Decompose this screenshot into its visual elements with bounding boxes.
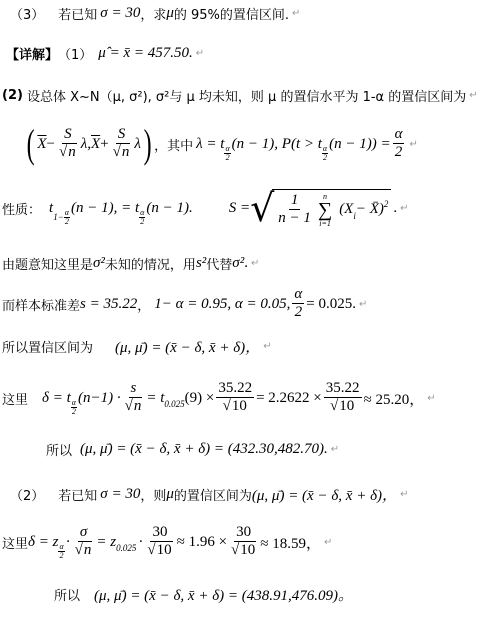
- summation: n∑i=1: [318, 192, 332, 228]
- alpha-values: 1− α = 0.95, α = 0.05,: [154, 296, 290, 313]
- part-text: 设总体 X~N（μ, σ²), σ²与 μ 均未知，则 μ 的置信水平为 1-α…: [27, 86, 466, 105]
- delta-def: δ = z: [28, 534, 58, 551]
- sqrt-n: n: [121, 143, 131, 160]
- delta-value: ≈ 18.59，: [260, 532, 321, 553]
- t-value: = 2.2622 ×: [256, 390, 322, 407]
- sum-bottom: i=1: [319, 219, 331, 228]
- subscript: 0.025: [164, 399, 184, 409]
- sigma-squared: σ²: [232, 255, 244, 272]
- xbar: X: [37, 136, 46, 153]
- alpha-half-subscript: α2: [58, 543, 64, 560]
- return-mark-icon: ↵: [359, 299, 367, 310]
- two: 2: [226, 154, 230, 162]
- return-mark-icon: ↵: [427, 393, 435, 404]
- sqrt-n: n: [83, 541, 93, 558]
- dot: ·: [66, 534, 71, 551]
- question-label: （3）: [10, 4, 44, 23]
- return-mark-icon: ↵: [469, 90, 477, 101]
- sqrt-n: n: [133, 397, 143, 414]
- n-minus-1: (n − 1)) =: [329, 136, 390, 153]
- xbar: X: [91, 136, 100, 153]
- summand: (X: [339, 201, 353, 218]
- numerator: 30: [234, 525, 253, 542]
- interval-expression: (μ, μ̄) = (x̄ − δ, x̄ + δ)，: [115, 336, 260, 357]
- interval-result: (μ, μ̄) = (x̄ − δ, x̄ + δ) = (438.91,476…: [94, 584, 353, 605]
- part-label: (2): [2, 88, 23, 103]
- numerator: S: [116, 127, 128, 144]
- df: (9) ×: [185, 390, 215, 407]
- sqrt-10: 10: [156, 541, 173, 558]
- sqrt-10: 10: [231, 397, 248, 414]
- sqrt-10: 10: [338, 397, 355, 414]
- z-value: ≈ 1.96 ×: [177, 534, 227, 551]
- fraction: S √n: [57, 127, 79, 160]
- interval-expression: (μ, μ̄) = (x̄ − δ, x̄ + δ)，: [252, 484, 397, 505]
- n-minus-1: (n − 1), P(t > t: [232, 136, 322, 153]
- property-line: 性质： t 1− α2 (n − 1), = t α2 (n − 1). S =…: [2, 186, 409, 230]
- note-text: 代替: [206, 254, 232, 273]
- numerator: 35.22: [324, 381, 362, 398]
- sigma: σ: [78, 525, 89, 542]
- interval-intro: 所以置信区间为 (μ, μ̄) = (x̄ − δ, x̄ + δ)， ↵: [2, 336, 272, 357]
- here-label: 这里: [2, 533, 28, 552]
- paren: (: [27, 124, 35, 164]
- n-part: (n − 1), = t: [71, 200, 139, 217]
- part-text: 的置信区间为: [174, 485, 252, 504]
- alpha-over-2: α2: [292, 287, 304, 320]
- intro-text: 所以置信区间为: [2, 337, 93, 356]
- numerator: 35.22: [216, 381, 254, 398]
- part-2-statement: (2) 设总体 X~N（μ, σ²), σ²与 μ 均未知，则 μ 的置信水平为…: [2, 86, 478, 105]
- interval-formula: ( X − S √n λ , X + S √n λ ) ，其中 λ = t α2…: [24, 122, 418, 166]
- sigma-icon: ∑: [318, 201, 332, 219]
- paren: ): [143, 124, 151, 164]
- t-quantile: = t: [146, 390, 164, 407]
- part-label: （2）: [10, 485, 44, 504]
- alpha: α: [292, 287, 304, 304]
- two: 2: [60, 552, 64, 560]
- note-text: 未知的情况，用: [105, 254, 196, 273]
- two: 2: [323, 154, 327, 162]
- fraction: σ√n: [73, 525, 95, 558]
- z-quantile: = z: [96, 534, 116, 551]
- sample-text: 而样本标准差: [2, 295, 80, 314]
- n-part: (n−1) ·: [78, 390, 121, 407]
- answer-label: 【详解】: [6, 44, 58, 63]
- question-text: 若已知: [58, 4, 97, 23]
- fraction: 30√10: [229, 525, 258, 558]
- alpha-over-2: α2: [393, 127, 405, 160]
- s-squared: s²: [196, 255, 206, 272]
- minus: −: [47, 136, 55, 153]
- answer-header: 【详解】 （1） μ̂ = x̄ = 457.50. ↵: [6, 44, 204, 63]
- here-label: 这里: [2, 389, 28, 408]
- return-mark-icon: ↵: [400, 489, 408, 500]
- question-3: （3） 若已知 σ = 30 ，求 μ 的 95%的置信区间. ↵: [10, 4, 300, 23]
- return-mark-icon: ↵: [331, 444, 339, 455]
- where-label: ，其中: [154, 135, 193, 154]
- mu-symbol: μ: [166, 486, 174, 503]
- sigma-value: σ = 30: [100, 5, 140, 22]
- question-text: 的 95%的置信区间.: [174, 4, 289, 23]
- part-2b-statement: （2） 若已知 σ = 30 ，则 μ 的置信区间为 (μ, μ̄) = (x̄…: [10, 484, 408, 505]
- lambda-def: λ = t: [196, 136, 224, 153]
- alpha: α: [393, 127, 405, 144]
- subscript-i: i: [353, 211, 356, 221]
- exponent: 2: [384, 199, 389, 209]
- alpha-half-subscript: α2: [322, 145, 328, 162]
- so-label: 所以: [46, 440, 72, 459]
- denominator: √n: [111, 144, 133, 161]
- s: s: [129, 381, 139, 398]
- plus: +: [100, 136, 108, 153]
- fraction: 35.22√10: [324, 381, 362, 414]
- two: 2: [65, 218, 69, 226]
- return-mark-icon: ↵: [324, 537, 332, 548]
- n-minus-1: n − 1: [276, 210, 313, 227]
- lambda: λ: [134, 136, 141, 153]
- sqrt-10: 10: [239, 541, 256, 558]
- separator: ，: [137, 295, 150, 314]
- alpha-half-subscript: α2: [139, 209, 145, 226]
- mean-estimate: μ̂ = x̄ = 457.50.: [98, 45, 192, 62]
- alpha-half-subscript: α2: [224, 145, 230, 162]
- return-mark-icon: ↵: [196, 48, 204, 59]
- one: 1: [289, 193, 301, 210]
- s-definition: S =: [229, 200, 250, 217]
- return-mark-icon: ↵: [251, 258, 259, 269]
- n-part: (n − 1).: [146, 200, 192, 217]
- return-mark-icon: ↵: [400, 203, 408, 214]
- sigma-value: σ = 30: [100, 486, 140, 503]
- return-mark-icon: ↵: [263, 341, 271, 352]
- sigma-squared: σ²: [93, 255, 105, 272]
- two: 2: [293, 304, 305, 321]
- two: 2: [140, 218, 144, 226]
- denominator: √n: [57, 144, 79, 161]
- radicand: 1n − 1 n∑i=1 (X i − X̄) 2: [272, 189, 391, 228]
- two: 2: [72, 408, 76, 416]
- result-z-line: 所以 (μ, μ̄) = (x̄ − δ, x̄ + δ) = (438.91,…: [54, 584, 353, 605]
- return-mark-icon: ↵: [292, 8, 300, 19]
- delta-t-line: 这里 δ = t α2 (n−1) · s√n = t 0.025 (9) × …: [2, 376, 436, 420]
- alpha-half-subscript: α2: [64, 209, 70, 226]
- fraction: s√n: [123, 381, 145, 414]
- part-text: ，则: [140, 485, 166, 504]
- question-text: ，求: [140, 4, 166, 23]
- alpha-half-subscript: α2: [71, 399, 77, 416]
- fraction: 1n − 1: [276, 193, 313, 226]
- subscript: 0.025: [116, 543, 136, 553]
- fraction: 35.22√10: [216, 381, 254, 414]
- two: 2: [393, 144, 405, 161]
- sample-line: 而样本标准差 s = 35.22 ， 1− α = 0.95, α = 0.05…: [2, 286, 367, 322]
- alpha-half-value: = 0.025.: [306, 296, 356, 313]
- so-label: 所以: [54, 585, 80, 604]
- delta-z-line: 这里 δ = z α2 · σ√n = z 0.025 · 30√10 ≈ 1.…: [2, 520, 332, 564]
- period: .: [393, 200, 397, 217]
- result-t-line: 所以 (μ, μ̄) = (x̄ − δ, x̄ + δ) = (432.30,…: [46, 440, 339, 459]
- note-text: 由题意知这里是: [2, 254, 93, 273]
- radical-icon: √: [250, 189, 274, 227]
- delta-def: δ = t: [42, 390, 71, 407]
- sqrt-expression: √ 1n − 1 n∑i=1 (X i − X̄) 2: [250, 189, 391, 228]
- fraction: S √n: [111, 127, 133, 160]
- period: .: [244, 255, 248, 272]
- delta-value: ≈ 25.20，: [364, 388, 425, 409]
- sqrt-n: n: [67, 143, 77, 160]
- summand: − X̄): [356, 201, 384, 218]
- return-mark-icon: ↵: [409, 139, 417, 150]
- numerator: 30: [150, 525, 169, 542]
- mu-symbol: μ: [166, 5, 174, 22]
- interval-result: (μ, μ̄) = (x̄ − δ, x̄ + δ) = (432.30,482…: [80, 441, 328, 458]
- part-label: （1）: [58, 44, 92, 63]
- subscript: 1−: [53, 212, 64, 222]
- property-label: 性质：: [2, 199, 41, 218]
- part-text: 若已知: [58, 485, 97, 504]
- numerator: S: [62, 127, 74, 144]
- dot: ·: [138, 534, 143, 551]
- note-line: 由题意知这里是 σ² 未知的情况，用 s² 代替 σ² . ↵: [2, 254, 259, 273]
- fraction: 30√10: [145, 525, 174, 558]
- sample-std: s = 35.22: [80, 296, 137, 313]
